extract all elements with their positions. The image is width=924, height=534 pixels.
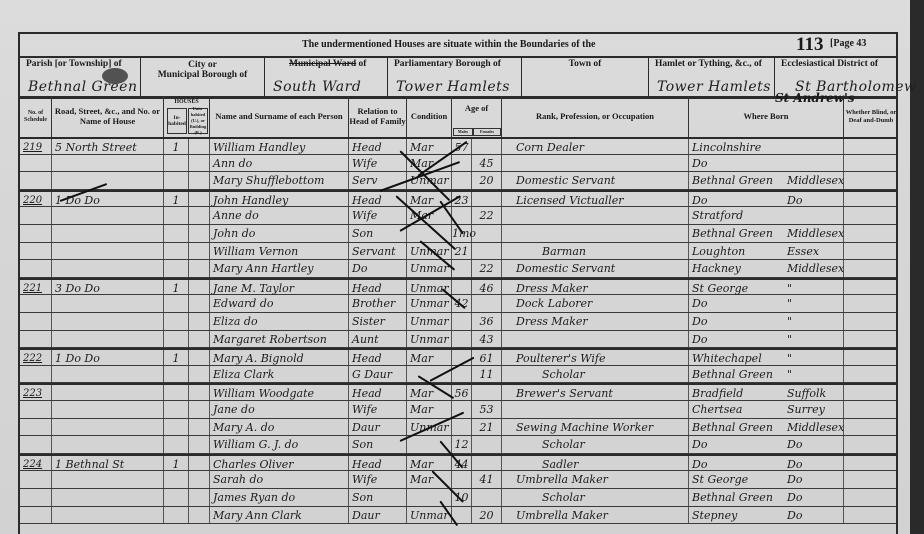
cell-inhabited: 1 (164, 139, 189, 154)
cell-occupation: Umbrella Maker (502, 471, 689, 488)
cell-born2: " (784, 280, 844, 295)
cell-born: Bradfield (689, 385, 784, 400)
cell-born: Do (689, 331, 784, 348)
cell-schedule (20, 207, 52, 224)
cell-relation: Head (349, 139, 407, 154)
cell-name: William G. J. do (210, 436, 349, 453)
cell-road (52, 243, 164, 260)
cell-uninhabited (189, 155, 210, 172)
cell-condition: Mar (407, 350, 452, 365)
cell-blind (844, 419, 898, 436)
census-row: Mary ShufflebottomServUnmar20Domestic Se… (20, 172, 896, 190)
census-row: Mary Ann HartleyDoUnmar22Domestic Servan… (20, 260, 896, 278)
cell-schedule (20, 313, 52, 330)
cell-schedule (20, 155, 52, 172)
cell-inhabited (164, 331, 189, 348)
cell-born: Bethnal Green (689, 225, 784, 242)
cell-relation: Son (349, 489, 407, 506)
cell-road (52, 401, 164, 418)
cell-name: Sarah do (210, 471, 349, 488)
cell-name: Charles Oliver (210, 456, 349, 471)
cell-male-age (452, 172, 472, 189)
cell-name: John do (210, 225, 349, 242)
cell-relation: G Daur (349, 366, 407, 383)
census-row: Eliza doSisterUnmar36Dress MakerDo" (20, 313, 896, 331)
cell-born: Do (689, 313, 784, 330)
cell-female-age: 11 (472, 366, 502, 383)
col-road: Road, Street, &c., and No. or Name of Ho… (52, 96, 164, 137)
cell-schedule: 220 (20, 192, 52, 207)
cell-inhabited (164, 401, 189, 418)
cell-occupation: Sadler (502, 456, 689, 471)
cell-schedule (20, 436, 52, 453)
cell-blind (844, 471, 898, 488)
cell-male-age (452, 313, 472, 330)
cell-name: James Ryan do (210, 489, 349, 506)
place-ecclesiastical: Ecclesiastical District of St Bartholome… (775, 56, 896, 96)
cell-inhabited (164, 489, 189, 506)
cell-road (52, 155, 164, 172)
col-name: Name and Surname of each Person (210, 96, 349, 137)
cell-female-age (472, 436, 502, 453)
annotation-st-andrews: St Andrew's (775, 94, 855, 104)
cell-occupation: Dock Laborer (502, 295, 689, 312)
cell-female-age: 20 (472, 172, 502, 189)
page-label: [Page 43 (830, 38, 866, 49)
cell-blind (844, 243, 898, 260)
cell-name: William Woodgate (210, 385, 349, 400)
cell-road (52, 366, 164, 383)
census-row: Mary Ann ClarkDaurUnmar20Umbrella MakerS… (20, 507, 896, 525)
census-row: 2221 Do Do1Mary A. BignoldHeadMar61Poult… (20, 348, 896, 366)
cell-name: Anne do (210, 207, 349, 224)
cell-born2: Do (784, 192, 844, 207)
cell-road (52, 207, 164, 224)
cell-relation: Wife (349, 471, 407, 488)
cell-blind (844, 139, 898, 154)
cell-name: Mary Ann Hartley (210, 260, 349, 277)
cell-uninhabited (189, 192, 210, 207)
cell-blind (844, 207, 898, 224)
cell-male-age (452, 331, 472, 348)
cell-condition: Mar (407, 139, 452, 154)
cell-male-age: 12 (452, 436, 472, 453)
cell-born2: Middlesex (784, 225, 844, 242)
cell-male-age: 10 (452, 489, 472, 506)
cell-schedule (20, 366, 52, 383)
cell-born2: " (784, 366, 844, 383)
cell-relation: Head (349, 456, 407, 471)
cell-relation: Son (349, 225, 407, 242)
cell-condition: Unmar (407, 295, 452, 312)
cell-born: Bethnal Green (689, 489, 784, 506)
cell-schedule: 221 (20, 280, 52, 295)
cell-inhabited (164, 243, 189, 260)
cell-schedule (20, 401, 52, 418)
col-males: Males (453, 128, 473, 136)
cell-blind (844, 331, 898, 348)
cell-born: Bethnal Green (689, 172, 784, 189)
cell-occupation: Scholar (502, 366, 689, 383)
census-row: Anne doWifeMar22Stratford (20, 207, 896, 225)
cell-blind (844, 366, 898, 383)
cell-born2: Do (784, 507, 844, 524)
cell-schedule (20, 507, 52, 524)
col-houses: HOUSES In-habited Unin-habited (U.), or … (164, 96, 210, 137)
cell-inhabited (164, 507, 189, 524)
cell-uninhabited (189, 471, 210, 488)
cell-born2 (784, 207, 844, 224)
cell-female-age: 20 (472, 507, 502, 524)
cell-born2: Do (784, 456, 844, 471)
cell-born: Do (689, 155, 784, 172)
cell-blind (844, 172, 898, 189)
folio-number: 113 (796, 34, 823, 56)
cell-occupation: Umbrella Maker (502, 507, 689, 524)
cell-relation: Head (349, 280, 407, 295)
cell-occupation (502, 155, 689, 172)
cell-born2 (784, 139, 844, 154)
cell-uninhabited (189, 260, 210, 277)
cell-born: Do (689, 456, 784, 471)
cell-schedule: 219 (20, 139, 52, 154)
cell-born2: Suffolk (784, 385, 844, 400)
cell-occupation (502, 401, 689, 418)
cell-condition (407, 436, 452, 453)
cell-male-age: 56 (452, 385, 472, 400)
cell-blind (844, 350, 898, 365)
cell-name: Mary Shufflebottom (210, 172, 349, 189)
col-blind: Whether Blind, or Deaf and-Dumb (844, 96, 898, 137)
cell-relation: Do (349, 260, 407, 277)
census-row: Eliza ClarkG Daur11ScholarBethnal Green" (20, 366, 896, 384)
cell-blind (844, 385, 898, 400)
cell-born: St George (689, 471, 784, 488)
cell-born: Bethnal Green (689, 419, 784, 436)
col-uninhabited: Unin-habited (U.), or Building (B.) (188, 108, 208, 134)
cell-born: Do (689, 192, 784, 207)
cell-uninhabited (189, 456, 210, 471)
cell-born2: " (784, 313, 844, 330)
cell-uninhabited (189, 139, 210, 154)
cell-female-age: 61 (472, 350, 502, 365)
cell-name: Mary A. Bignold (210, 350, 349, 365)
cell-female-age: 21 (472, 419, 502, 436)
cell-born: Loughton (689, 243, 784, 260)
cell-female-age: 43 (472, 331, 502, 348)
cell-road (52, 225, 164, 242)
cell-occupation: Scholar (502, 489, 689, 506)
cell-road (52, 331, 164, 348)
cell-blind (844, 280, 898, 295)
cell-road (52, 507, 164, 524)
cell-uninhabited (189, 295, 210, 312)
cell-road (52, 419, 164, 436)
cell-name: John Handley (210, 192, 349, 207)
census-row: William VernonServantUnmar21BarmanLought… (20, 243, 896, 261)
place-parliamentary-borough: Parliamentary Borough of Tower Hamlets (388, 56, 522, 96)
cell-occupation (502, 225, 689, 242)
cell-born: Chertsea (689, 401, 784, 418)
banner: The undermentioned Houses are situate wi… (20, 34, 896, 58)
cell-inhabited: 1 (164, 192, 189, 207)
cell-female-age (472, 192, 502, 207)
cell-female-age: 53 (472, 401, 502, 418)
cell-relation: Head (349, 350, 407, 365)
cell-name: Jane M. Taylor (210, 280, 349, 295)
cell-uninhabited (189, 419, 210, 436)
cell-uninhabited (189, 507, 210, 524)
cell-blind (844, 155, 898, 172)
cell-blind (844, 507, 898, 524)
cell-road (52, 489, 164, 506)
cell-born2: Middlesex (784, 419, 844, 436)
cell-schedule (20, 331, 52, 348)
cell-occupation: Dress Maker (502, 280, 689, 295)
cell-condition: Mar (407, 401, 452, 418)
place-header: Parish [or Township] of Bethnal Green Ci… (20, 56, 896, 99)
cell-blind (844, 436, 898, 453)
cell-name: Eliza Clark (210, 366, 349, 383)
cell-uninhabited (189, 385, 210, 400)
cell-uninhabited (189, 280, 210, 295)
cell-road (52, 385, 164, 400)
cell-inhabited: 1 (164, 350, 189, 365)
cell-blind (844, 295, 898, 312)
cell-condition: Mar (407, 456, 452, 471)
cell-uninhabited (189, 436, 210, 453)
cell-male-age (452, 280, 472, 295)
column-headers: No. of Schedule Road, Street, &c., and N… (20, 96, 896, 139)
col-age: Age of Males Females (452, 96, 502, 137)
cell-born2: " (784, 331, 844, 348)
cell-occupation: Sewing Machine Worker (502, 419, 689, 436)
cell-blind (844, 456, 898, 471)
cell-female-age (472, 225, 502, 242)
cell-born: Hackney (689, 260, 784, 277)
cell-blind (844, 225, 898, 242)
cell-male-age (452, 471, 472, 488)
cell-inhabited: 1 (164, 456, 189, 471)
cell-name: Edward do (210, 295, 349, 312)
col-relation: Relation to Head of Family (349, 96, 407, 137)
cell-schedule: 223 (20, 385, 52, 400)
cell-condition (407, 489, 452, 506)
cell-born2: Middlesex (784, 172, 844, 189)
cell-female-age: 46 (472, 280, 502, 295)
place-parish: Parish [or Township] of Bethnal Green (20, 56, 141, 96)
cell-inhabited (164, 471, 189, 488)
cell-born2: Essex (784, 243, 844, 260)
cell-inhabited (164, 260, 189, 277)
boundary-statement: The undermentioned Houses are situate wi… (302, 39, 595, 50)
cell-male-age (452, 419, 472, 436)
cell-relation: Wife (349, 207, 407, 224)
cell-road (52, 172, 164, 189)
cell-uninhabited (189, 366, 210, 383)
cell-name: William Handley (210, 139, 349, 154)
cell-road (52, 313, 164, 330)
cell-road: 3 Do Do (52, 280, 164, 295)
cell-uninhabited (189, 401, 210, 418)
cell-name: Ann do (210, 155, 349, 172)
cell-name: Mary Ann Clark (210, 507, 349, 524)
cell-inhabited (164, 313, 189, 330)
census-row: 223William WoodgateHeadMar56Brewer's Ser… (20, 383, 896, 401)
census-row: Mary A. doDaurUnmar21Sewing Machine Work… (20, 419, 896, 437)
cell-schedule: 224 (20, 456, 52, 471)
cell-male-age: 21 (452, 243, 472, 260)
cell-born2: Do (784, 489, 844, 506)
cell-name: William Vernon (210, 243, 349, 260)
cell-inhabited (164, 207, 189, 224)
cell-occupation: Licensed Victualler (502, 192, 689, 207)
cell-uninhabited (189, 489, 210, 506)
cell-relation: Servant (349, 243, 407, 260)
cell-blind (844, 489, 898, 506)
cell-relation: Sister (349, 313, 407, 330)
cell-occupation: Scholar (502, 436, 689, 453)
cell-relation: Serv (349, 172, 407, 189)
cell-born: Stepney (689, 507, 784, 524)
cell-occupation: Barman (502, 243, 689, 260)
cell-occupation: Corn Dealer (502, 139, 689, 154)
cell-female-age: 45 (472, 155, 502, 172)
cell-schedule (20, 471, 52, 488)
cell-schedule (20, 260, 52, 277)
page-number: 43 (856, 38, 866, 49)
cell-born: St George (689, 280, 784, 295)
cell-relation: Daur (349, 507, 407, 524)
cell-female-age (472, 139, 502, 154)
census-row: 2213 Do Do1Jane M. TaylorHeadUnmar46Dres… (20, 278, 896, 296)
col-condition: Condition (407, 96, 452, 137)
cell-inhabited (164, 225, 189, 242)
census-row: Sarah doWifeMar41Umbrella MakerSt George… (20, 471, 896, 489)
cell-name: Margaret Robertson (210, 331, 349, 348)
cell-road (52, 295, 164, 312)
cell-born2: " (784, 295, 844, 312)
cell-condition: Unmar (407, 331, 452, 348)
place-ward: Municipal Ward of South Ward (265, 56, 388, 96)
cell-inhabited (164, 295, 189, 312)
cell-schedule: 222 (20, 350, 52, 365)
cell-schedule (20, 419, 52, 436)
cell-relation: Head (349, 385, 407, 400)
cell-relation: Wife (349, 401, 407, 418)
cell-road: 5 North Street (52, 139, 164, 154)
cell-inhabited (164, 155, 189, 172)
cell-born: Stratford (689, 207, 784, 224)
census-form: The undermentioned Houses are situate wi… (18, 32, 898, 534)
col-females: Females (473, 128, 501, 136)
cell-occupation: Domestic Servant (502, 260, 689, 277)
cell-relation: Aunt (349, 331, 407, 348)
cell-female-age (472, 295, 502, 312)
cell-uninhabited (189, 172, 210, 189)
cell-blind (844, 313, 898, 330)
cell-name: Jane do (210, 401, 349, 418)
cell-inhabited (164, 436, 189, 453)
col-born: Where Born St Andrew's (689, 96, 844, 137)
cell-relation: Wife (349, 155, 407, 172)
cell-uninhabited (189, 207, 210, 224)
cell-occupation: Domestic Servant (502, 172, 689, 189)
col-schedule: No. of Schedule (20, 96, 52, 137)
ink-blot (102, 68, 128, 84)
cell-female-age: 41 (472, 471, 502, 488)
cell-born: Bethnal Green (689, 366, 784, 383)
cell-born: Whitechapel (689, 350, 784, 365)
cell-inhabited: 1 (164, 280, 189, 295)
cell-relation: Son (349, 436, 407, 453)
cell-uninhabited (189, 243, 210, 260)
cell-uninhabited (189, 331, 210, 348)
cell-relation: Daur (349, 419, 407, 436)
cell-occupation (502, 207, 689, 224)
cell-occupation (502, 331, 689, 348)
cell-female-age (472, 243, 502, 260)
place-town: Town of (522, 56, 649, 96)
cell-road: 1 Do Do (52, 192, 164, 207)
cell-road: 1 Do Do (52, 350, 164, 365)
cell-name: Mary A. do (210, 419, 349, 436)
cell-female-age: 22 (472, 260, 502, 277)
cell-blind (844, 192, 898, 207)
census-row: Margaret RobertsonAuntUnmar43Do" (20, 331, 896, 349)
cell-female-age (472, 385, 502, 400)
cell-occupation: Dress Maker (502, 313, 689, 330)
cell-schedule (20, 172, 52, 189)
cell-occupation: Brewer's Servant (502, 385, 689, 400)
col-inhabited: In-habited (167, 108, 187, 134)
cell-schedule (20, 243, 52, 260)
cell-occupation: Poulterer's Wife (502, 350, 689, 365)
cell-inhabited (164, 419, 189, 436)
cell-inhabited (164, 366, 189, 383)
cell-inhabited (164, 172, 189, 189)
cell-inhabited (164, 385, 189, 400)
cell-name: Eliza do (210, 313, 349, 330)
cell-born: Lincolnshire (689, 139, 784, 154)
cell-schedule (20, 489, 52, 506)
cell-born2 (784, 155, 844, 172)
cell-uninhabited (189, 225, 210, 242)
place-city: City orMunicipal Borough of (141, 56, 265, 96)
cell-born: Do (689, 295, 784, 312)
cell-born2: Do (784, 471, 844, 488)
cell-road: 1 Bethnal St (52, 456, 164, 471)
cell-uninhabited (189, 350, 210, 365)
cell-road (52, 436, 164, 453)
cell-female-age: 22 (472, 207, 502, 224)
cell-female-age: 36 (472, 313, 502, 330)
cell-female-age (472, 489, 502, 506)
cell-female-age (472, 456, 502, 471)
cell-born2: Middlesex (784, 260, 844, 277)
census-row: William G. J. doSon12ScholarDoDo (20, 436, 896, 454)
cell-road (52, 471, 164, 488)
cell-road (52, 260, 164, 277)
cell-condition: Unmar (407, 313, 452, 330)
place-hamlet: Hamlet or Tything, &c., of Tower Hamlets (649, 56, 775, 96)
cell-schedule (20, 225, 52, 242)
cell-born2: Surrey (784, 401, 844, 418)
cell-born2: " (784, 350, 844, 365)
col-occupation: Rank, Profession, or Occupation (502, 96, 689, 137)
cell-born2: Do (784, 436, 844, 453)
cell-uninhabited (189, 313, 210, 330)
